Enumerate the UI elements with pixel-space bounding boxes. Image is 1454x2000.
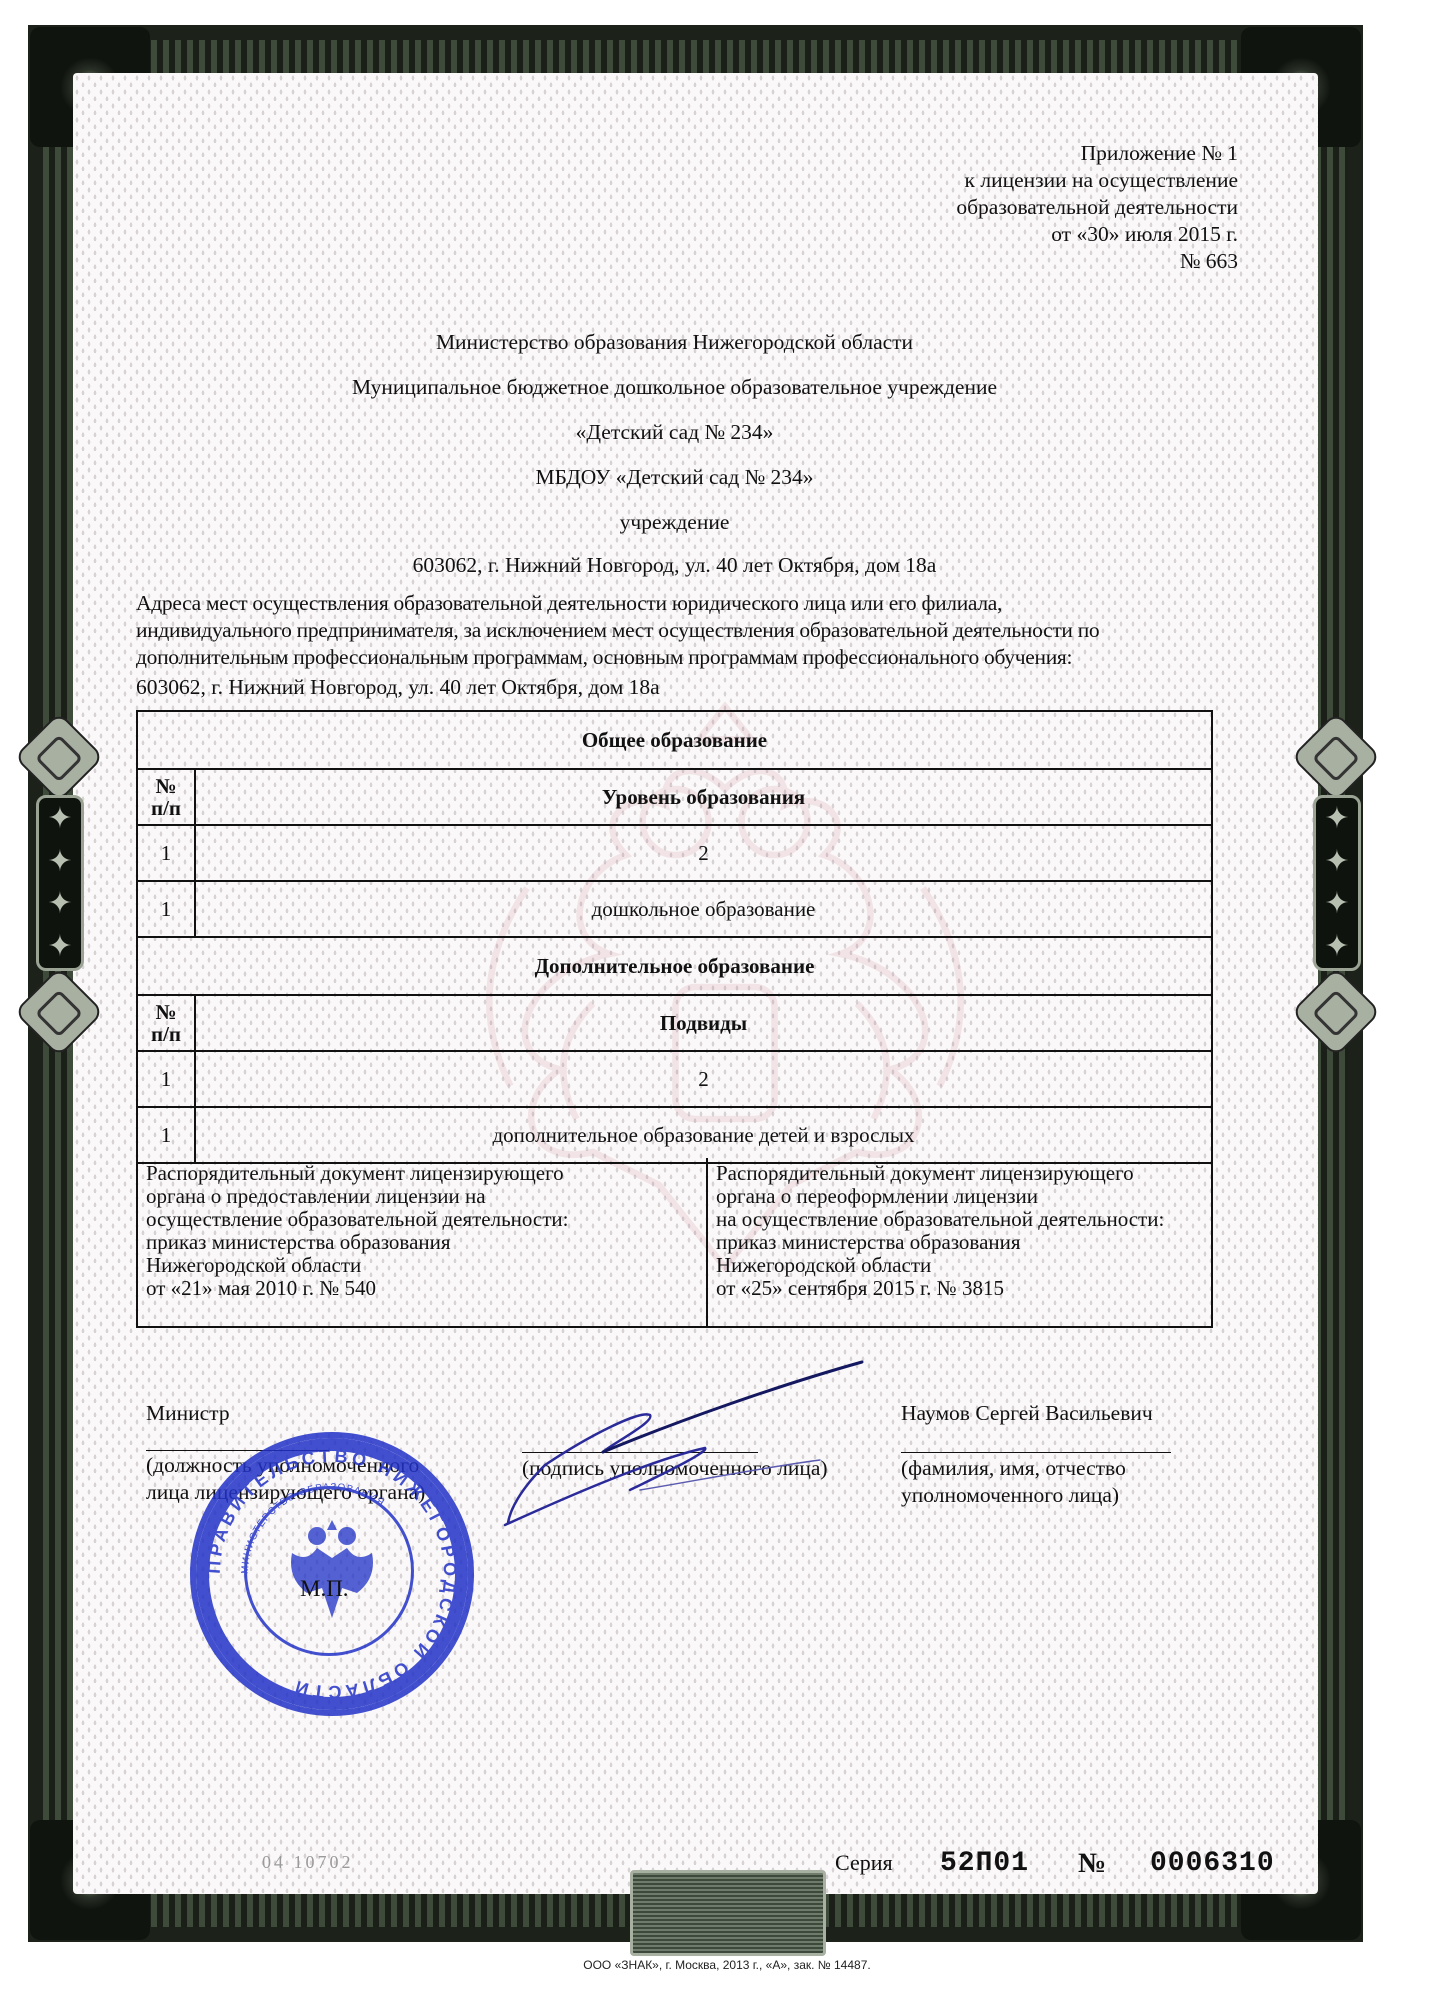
order-line: Нижегородской области — [716, 1254, 1203, 1277]
order-date-number: от «25» сентября 2015 г. № 3815 — [716, 1277, 1203, 1300]
activity-address: 603062, г. Нижний Новгород, ул. 40 лет О… — [136, 675, 660, 700]
reissue-order: Распорядительный документ лицензирующего… — [708, 1158, 1211, 1326]
org-full-name: Муниципальное бюджетное дошкольное образ… — [136, 375, 1213, 400]
faint-form-number: 04 10702 — [262, 1852, 354, 1873]
order-line: Распорядительный документ лицензирующего — [146, 1162, 698, 1185]
section-title-general: Общее образование — [137, 711, 1212, 769]
appendix-number: Приложение № 1 — [956, 140, 1238, 167]
org-address: 603062, г. Нижний Новгород, ул. 40 лет О… — [136, 553, 1213, 578]
caption-line: уполномоченного лица) — [901, 1482, 1126, 1509]
column-header-number-line: № — [138, 775, 194, 797]
locations-intro-line: индивидуального предпринимателя, за искл… — [136, 617, 1236, 644]
order-line: Нижегородской области — [146, 1254, 698, 1277]
position-value: Министр — [146, 1400, 230, 1427]
index-cell: 2 — [195, 1051, 1212, 1107]
hologram-emblem-icon — [630, 1870, 826, 1956]
table-index-row: 1 2 — [137, 825, 1212, 881]
name-caption: (фамилия, имя, отчество уполномоченного … — [901, 1455, 1126, 1509]
index-cell: 1 — [137, 1051, 195, 1107]
org-type: учреждение — [136, 510, 1213, 535]
order-line: осуществление образовательной деятельнос… — [146, 1208, 698, 1231]
appendix-header: Приложение № 1 к лицензии на осуществлен… — [956, 140, 1238, 275]
column-header-number-line: п/п — [138, 1023, 194, 1045]
appendix-subtitle: образовательной деятельности — [956, 194, 1238, 221]
index-cell: 1 — [137, 825, 195, 881]
order-line: приказ министерства образования — [716, 1231, 1203, 1254]
license-activities-table: Общее образование № п/п Уровень образова… — [136, 710, 1213, 1164]
table-section-row: Общее образование — [137, 711, 1212, 769]
license-date: от «30» июля 2015 г. — [956, 221, 1238, 248]
printer-footer: ООО «ЗНАК», г. Москва, 2013 г., «А», зак… — [0, 1958, 1454, 1972]
column-header-number: № п/п — [137, 769, 195, 825]
order-line: органа о переоформлении лицензии — [716, 1185, 1203, 1208]
locations-intro: Адреса мест осуществления образовательно… — [136, 590, 1236, 671]
table-header-row: № п/п Уровень образования — [137, 769, 1212, 825]
order-date-number: от «21» мая 2010 г. № 540 — [146, 1277, 698, 1300]
left-knot-ornament-icon: ✦✦✦✦ — [22, 715, 92, 1015]
education-level: дошкольное образование — [195, 881, 1212, 937]
handwritten-signature-icon — [500, 1340, 880, 1540]
number-label: № — [1078, 1848, 1107, 1880]
ministry-name: Министерство образования Нижегородской о… — [136, 330, 1213, 355]
row-number: 1 — [137, 881, 195, 937]
license-number: № 663 — [956, 248, 1238, 275]
grant-order: Распорядительный документ лицензирующего… — [138, 1158, 708, 1326]
orders-block: Распорядительный документ лицензирующего… — [136, 1158, 1213, 1328]
right-knot-ornament-icon: ✦✦✦✦ — [1299, 715, 1369, 1015]
table-section-row: Дополнительное образование — [137, 937, 1212, 995]
locations-intro-line: Адреса мест осуществления образовательно… — [136, 590, 1236, 617]
column-header-level: Уровень образования — [195, 769, 1212, 825]
order-line: приказ министерства образования — [146, 1231, 698, 1254]
stamp-place-label: М.П. — [300, 1576, 349, 1602]
column-header-subtypes: Подвиды — [195, 995, 1212, 1051]
caption-line: (фамилия, имя, отчество — [901, 1455, 1126, 1482]
official-seal: ПРАВИТЕЛЬСТВО НИЖЕГОРОДСКОЙ ОБЛАСТИ МИНИ… — [190, 1432, 474, 1716]
org-quoted-name: «Детский сад № 234» — [136, 420, 1213, 445]
series-value: 52П01 — [940, 1848, 1029, 1879]
org-short-name: МБДОУ «Детский сад № 234» — [136, 465, 1213, 490]
name-rule — [901, 1452, 1171, 1453]
section-title-additional: Дополнительное образование — [137, 937, 1212, 995]
order-line: органа о предоставлении лицензии на — [146, 1185, 698, 1208]
column-header-number-line: п/п — [138, 797, 194, 819]
form-number-value: 0006310 — [1150, 1848, 1275, 1879]
table-row: 1 дошкольное образование — [137, 881, 1212, 937]
table-row: 1 дополнительное образование детей и взр… — [137, 1107, 1212, 1163]
signer-name: Наумов Сергей Васильевич — [901, 1400, 1153, 1427]
locations-intro-line: дополнительным профессиональным программ… — [136, 644, 1236, 671]
row-number: 1 — [137, 1107, 195, 1163]
column-header-number-line: № — [138, 1001, 194, 1023]
education-subtype: дополнительное образование детей и взрос… — [195, 1107, 1212, 1163]
index-cell: 2 — [195, 825, 1212, 881]
series-label: Серия — [835, 1850, 893, 1876]
order-line: на осуществление образовательной деятель… — [716, 1208, 1203, 1231]
appendix-subtitle: к лицензии на осуществление — [956, 167, 1238, 194]
double-headed-eagle-icon — [282, 1518, 382, 1628]
table-header-row: № п/п Подвиды — [137, 995, 1212, 1051]
table-index-row: 1 2 — [137, 1051, 1212, 1107]
column-header-number: № п/п — [137, 995, 195, 1051]
order-line: Распорядительный документ лицензирующего — [716, 1162, 1203, 1185]
